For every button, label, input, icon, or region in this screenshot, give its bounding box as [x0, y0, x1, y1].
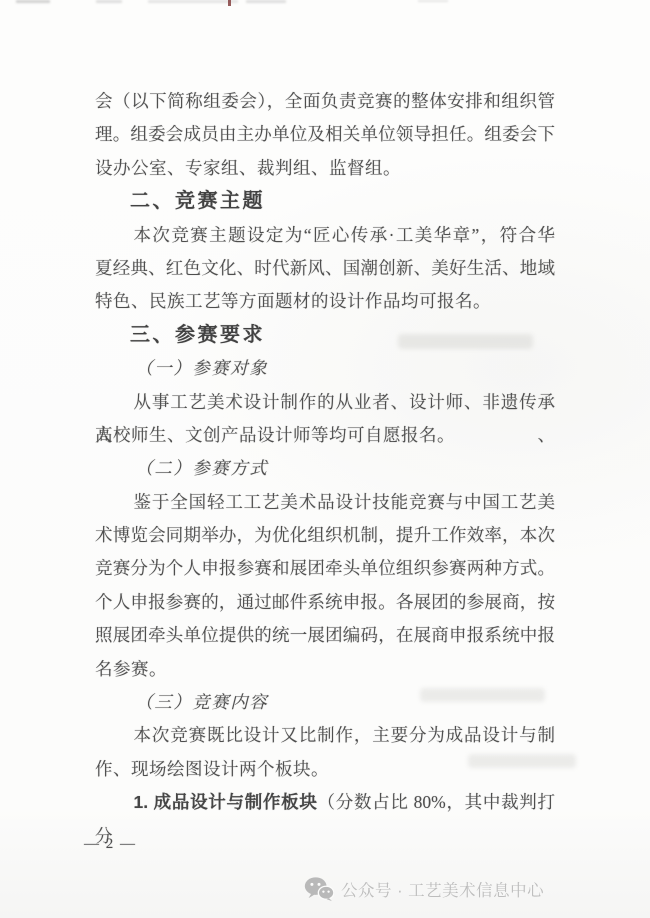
text-line: 会（以下简称组委会），全面负责竞赛的整体安排和组织管	[95, 85, 555, 118]
scan-artifact	[16, 0, 50, 3]
text-line: 名参赛。	[95, 653, 555, 686]
document-page: 会（以下简称组委会），全面负责竞赛的整体安排和组织管理。组委会成员由主办单位及相…	[0, 0, 650, 918]
text-line: 特色、民族工艺等方面题材的设计作品均可报名。	[95, 285, 555, 318]
text-line: 从事工艺美术设计制作的从业者、设计师、非遗传承人、	[95, 386, 555, 419]
text-line: 理。组委会成员由主办单位及相关单位领导担任。组委会下	[95, 118, 555, 151]
text-line: （一）参赛对象	[95, 352, 555, 385]
text-line: 夏经典、红色文化、时代新风、国潮创新、美好生活、地域	[95, 252, 555, 285]
text-line: 1. 成品设计与制作板块（分数占比 80%，其中裁判打分	[95, 786, 555, 819]
text-line: 设办公室、专家组、裁判组、监督组。	[95, 152, 555, 185]
scan-artifact	[246, 0, 286, 3]
text-line: 三、参赛要求	[95, 319, 555, 352]
wechat-icon	[304, 876, 334, 902]
text-line: （二）参赛方式	[95, 452, 555, 485]
footer-watermark: 公众号 · 工艺美术信息中心	[304, 876, 544, 902]
page-number: — 2 —	[84, 836, 137, 853]
scan-artifact	[228, 0, 231, 6]
text-line: 竞赛分为个人申报参赛和展团牵头单位组织参赛两种方式。	[95, 552, 555, 585]
watermark-text: 公众号 · 工艺美术信息中心	[341, 877, 544, 901]
text-line: 术博览会同期举办，为优化组织机制，提升工作效率，本次	[95, 519, 555, 552]
text-line: （三）竞赛内容	[95, 686, 555, 719]
text-line: 照展团牵头单位提供的统一展团编码，在展商申报系统中报	[95, 619, 555, 652]
text-line: 本次竞赛既比设计又比制作，主要分为成品设计与制	[95, 719, 555, 752]
text-line: 二、竞赛主题	[95, 185, 555, 218]
text-line: 本次竞赛主题设定为“匠心传承·工美华章”，符合华	[95, 219, 555, 252]
scan-artifact	[96, 0, 122, 3]
text-line: 个人申报参赛的，通过邮件系统申报。各展团的参展商，按	[95, 586, 555, 619]
text-line: 作、现场绘图设计两个板块。	[95, 753, 555, 786]
scan-artifact	[148, 0, 238, 3]
document-body: 会（以下简称组委会），全面负责竞赛的整体安排和组织管理。组委会成员由主办单位及相…	[95, 85, 555, 820]
text-line: 鉴于全国轻工工艺美术品设计技能竞赛与中国工艺美	[95, 486, 555, 519]
scan-artifact	[418, 0, 448, 2]
